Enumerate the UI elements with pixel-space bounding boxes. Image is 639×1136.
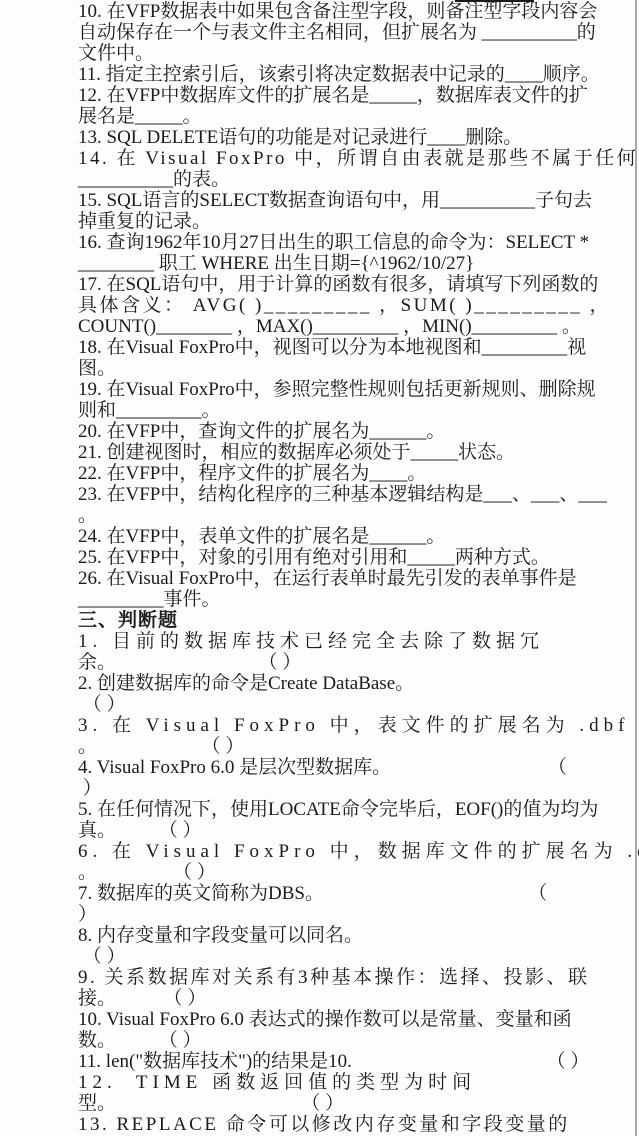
text-line: 余。 （ ）: [78, 652, 570, 673]
text-line: ）: [78, 904, 570, 925]
text-column: 10. 在VFP数据表中如果包含备注型字段，则备注型字段内容会自动保存在一个与表…: [78, 1, 570, 1135]
text-line: 24. 在VFP中，表单文件的扩展名是______。: [78, 526, 570, 547]
text-line: 7. 数据库的英文简称为DBS。 （: [78, 883, 570, 904]
text-line: （ ）: [78, 946, 570, 967]
text-line: 10. Visual FoxPro 6.0 表达式的操作数可以是常量、变量和函: [78, 1009, 570, 1030]
text-line: 16. 查询1962年10月27日出生的职工信息的命令为：SELECT *: [78, 232, 570, 253]
text-line: _________事件。: [78, 589, 570, 610]
text-line: 12. TIME 函数返回值的类型为时间: [78, 1072, 570, 1093]
text-line: 1. 目前的数据库技术已经完全去除了数据冗: [78, 631, 570, 652]
text-line: 。 （ ）: [78, 736, 570, 757]
text-line: 掉重复的记录。: [78, 211, 570, 232]
scanned-exam-page: 10. 在VFP数据表中如果包含备注型字段，则备注型字段内容会自动保存在一个与表…: [0, 0, 639, 1136]
text-line: 。 （ ）: [78, 862, 570, 883]
text-line: 11. 指定主控索引后，该索引将决定数据表中记录的____顺序。: [78, 64, 570, 85]
text-line: 23. 在VFP中，结构化程序的三种基本逻辑结构是___、___、___: [78, 484, 570, 505]
text-line: 10. 在VFP数据表中如果包含备注型字段，则备注型字段内容会: [78, 1, 570, 22]
text-line: （ ）: [78, 694, 570, 715]
text-line: 具体含义： AVG( )_________ ，SUM( )_________ ，: [78, 295, 570, 316]
text-line: 9. 关系数据库对关系有3种基本操作：选择、投影、联: [78, 967, 570, 988]
text-line: __________的表。: [78, 169, 570, 190]
text-line: 2. 创建数据库的命令是Create DataBase。: [78, 673, 570, 694]
text-line: 3. 在 Visual FoxPro 中，表文件的扩展名为 .dbf: [78, 715, 570, 736]
text-line: ________ 职工 WHERE 出生日期={^1962/10/27}: [78, 253, 570, 274]
text-line: 自动保存在一个与表文件主名相同，但扩展名为 __________的: [78, 22, 570, 43]
text-line: 12. 在VFP中数据库文件的扩展名是_____，数据库表文件的扩: [78, 85, 570, 106]
text-line: 。: [78, 505, 570, 526]
text-line: 5. 在任何情况下，使用LOCATE命令完毕后，EOF()的值为均为: [78, 799, 570, 820]
text-line: 8. 内存变量和字段变量可以同名。: [78, 925, 570, 946]
text-line: 21. 创建视图时，相应的数据库必须处于_____状态。: [78, 442, 570, 463]
text-line: 则和_________。: [78, 400, 570, 421]
text-line: 6. 在 Visual FoxPro 中，数据库文件的扩展名为 .dbf: [78, 841, 570, 862]
text-line: 13. REPLACE 命令可以修改内存变量和字段变量的: [78, 1114, 570, 1135]
text-line: 图。: [78, 358, 570, 379]
section-heading: 三、判断题: [78, 610, 570, 631]
text-line: 文件中。: [78, 43, 570, 64]
text-line: 26. 在Visual FoxPro中，在运行表单时最先引发的表单事件是: [78, 568, 570, 589]
text-line: 11. len("数据库技术")的结果是10. （ ）: [78, 1051, 570, 1072]
text-line: 17. 在SQL语句中，用于计算的函数有很多，请填写下列函数的: [78, 274, 570, 295]
text-line: ）: [78, 778, 570, 799]
text-line: 25. 在VFP中，对象的引用有绝对引用和_____两种方式。: [78, 547, 570, 568]
text-line: COUNT()________ ，MAX()_________ ，MIN()__…: [78, 316, 570, 337]
text-line: 型。 （ ）: [78, 1093, 570, 1114]
text-line: 22. 在VFP中，程序文件的扩展名为____。: [78, 463, 570, 484]
text-line: 4. Visual FoxPro 6.0 是层次型数据库。 （: [78, 757, 570, 778]
text-line: 14. 在 Visual FoxPro 中，所谓自由表就是那些不属于任何: [78, 148, 570, 169]
text-line: 数。 （ ）: [78, 1030, 570, 1051]
text-line: 18. 在Visual FoxPro中，视图可以分为本地视图和_________…: [78, 337, 570, 358]
text-line: 接。 （ ）: [78, 988, 570, 1009]
text-line: 13. SQL DELETE语句的功能是对记录进行____删除。: [78, 127, 570, 148]
text-line: 展名是_____。: [78, 106, 570, 127]
text-line: 20. 在VFP中，查询文件的扩展名为______。: [78, 421, 570, 442]
text-line: 真。 （ ）: [78, 820, 570, 841]
text-line: 19. 在Visual FoxPro中，参照完整性规则包括更新规则、删除规: [78, 379, 570, 400]
page-edge-line: [635, 0, 637, 1136]
text-line: 15. SQL语言的SELECT数据查询语句中，用__________子句去: [78, 190, 570, 211]
